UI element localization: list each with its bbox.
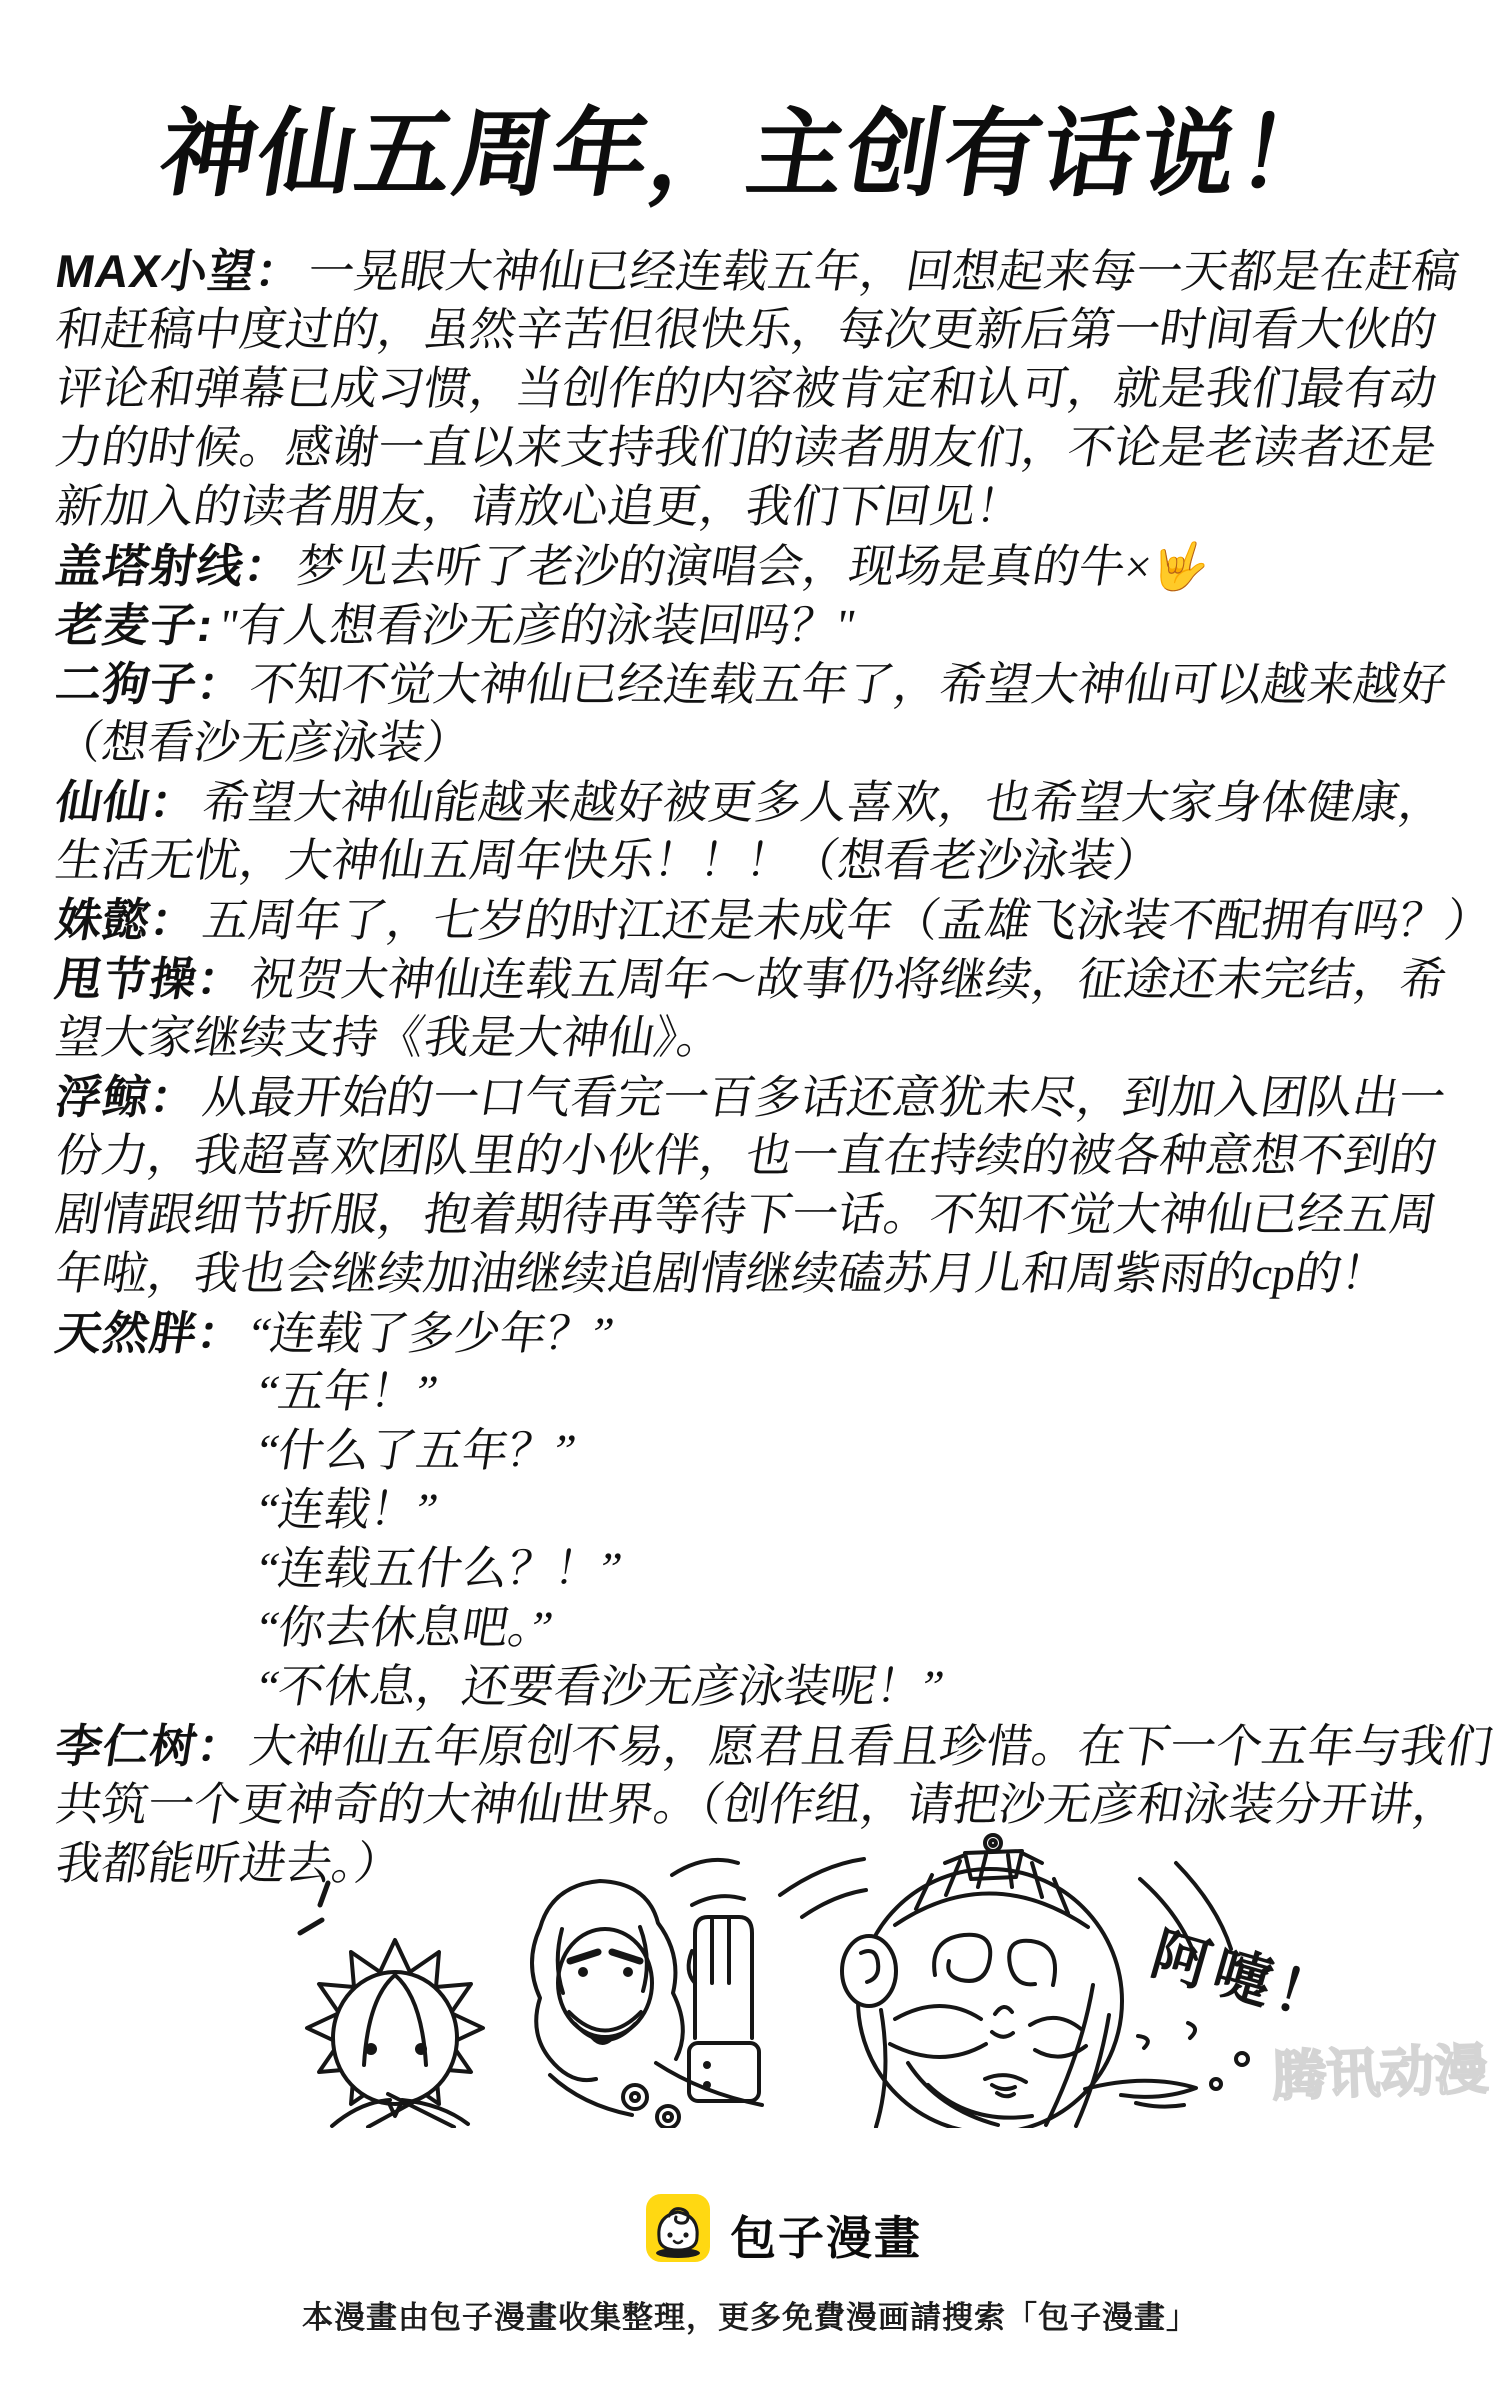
- message-text: 望大家继续支持《我是大神仙》。: [52, 1012, 727, 1063]
- message-text: “你去休息吧。”: [254, 1602, 556, 1653]
- baozi-logo-icon: [645, 2190, 711, 2264]
- message-text: 新加入的读者朋友，请放心追更，我们下回见！: [52, 481, 1026, 532]
- message-line: 望大家继续支持《我是大神仙》。: [52, 1012, 727, 1064]
- tencent-comics-watermark: 腾讯动漫: [1271, 2026, 1500, 2111]
- message-text: 祝贺大神仙连载五周年～故事仍将继续，征途还未完结，希: [246, 954, 1450, 1005]
- message-text: 共筑一个更神奇的大神仙世界。（创作组，请把沙无彦和泳装分开讲，: [52, 1779, 1463, 1830]
- message-text: "有人想看沙无彦的泳装回吗？": [215, 600, 859, 651]
- message-text: “连载！”: [254, 1484, 441, 1535]
- message-line: （想看沙无彦泳装）: [52, 717, 474, 769]
- page-title: 神仙五周年，主创有话说！: [0, 78, 1500, 215]
- message-text: “连载五什么？！”: [254, 1543, 625, 1594]
- message-line: 天然胖：“连载了多少年？”: [52, 1307, 617, 1360]
- message-text: 一晃眼大神仙已经连载五年，回想起来每一天都是在赶稿: [304, 246, 1462, 297]
- message-line: 姝懿：五周年了，七岁的时江还是未成年（孟雄飞泳装不配拥有吗？）: [52, 894, 1495, 947]
- message-text: 梦见去听了老沙的演唱会，现场是真的牛×🤟: [293, 541, 1212, 592]
- message-line: 二狗子：不知不觉大神仙已经连载五年了，希望大神仙可以越来越好: [52, 658, 1450, 711]
- author-name: 浮鲸：: [52, 1071, 201, 1123]
- message-text: 年啦，我也会继续加油继续追剧情继续磕苏月儿和周紫雨的cp的！: [52, 1248, 1391, 1299]
- message-text: 和赶稿中度过的，虽然辛苦但很快乐，每次更新后第一时间看大伙的: [52, 304, 1440, 355]
- message-text: 五周年了，七岁的时江还是未成年（孟雄飞泳装不配拥有吗？）: [199, 895, 1495, 946]
- message-line: 年啦，我也会继续加油继续追剧情继续磕苏月儿和周紫雨的cp的！: [52, 1248, 1392, 1300]
- author-name: 李仁树：: [52, 1720, 248, 1772]
- message-text: 大神仙五年原创不易，愿君且看且珍惜。在下一个五年与我们: [246, 1721, 1496, 1772]
- message-line: 仙仙：希望大神仙能越来越好被更多人喜欢，也希望大家身体健康，: [52, 776, 1449, 829]
- message-line: 浮鲸：从最开始的一口气看完一百多话还意犹未尽，到加入团队出一: [52, 1071, 1449, 1124]
- message-line: 共筑一个更神奇的大神仙世界。（创作组，请把沙无彦和泳装分开讲，: [52, 1779, 1463, 1831]
- dialogue-line: “五年！”: [254, 1366, 441, 1418]
- message-text: 生活无忧，大神仙五周年快乐！！！（想看老沙泳装）: [52, 835, 1164, 886]
- author-name: 盖塔射线：: [52, 540, 295, 592]
- message-text: 份力，我超喜欢团队里的小伙伴，也一直在持续的被各种意想不到的: [52, 1130, 1440, 1181]
- message-line: 新加入的读者朋友，请放心追更，我们下回见！: [52, 481, 1026, 533]
- message-text: 评论和弹幕已成习惯，当创作的内容被肯定和认可，就是我们最有动: [52, 363, 1440, 414]
- brand-name: 包子漫畫: [730, 2202, 922, 2268]
- message-text: 从最开始的一口气看完一百多话还意犹未尽，到加入团队出一: [199, 1072, 1449, 1123]
- message-line: 甩节操：祝贺大神仙连载五周年～故事仍将继续，征途还未完结，希: [52, 953, 1450, 1006]
- dialogue-line: “连载！”: [254, 1484, 441, 1536]
- author-name: 天然胖：: [52, 1307, 248, 1359]
- author-name: 姝懿：: [52, 894, 201, 946]
- dialogue-line: “你去休息吧。”: [254, 1602, 556, 1654]
- message-line: MAX小望：一晃眼大神仙已经连载五年，回想起来每一天都是在赶稿: [52, 245, 1463, 298]
- message-text: 不知不觉大神仙已经连载五年了，希望大神仙可以越来越好: [246, 659, 1450, 710]
- message-text: “不休息，还要看沙无彦泳装呢！”: [254, 1661, 947, 1712]
- dialogue-line: “什么了五年？”: [254, 1425, 579, 1477]
- message-line: 生活无忧，大神仙五周年快乐！！！（想看老沙泳装）: [52, 835, 1164, 887]
- footer-note: 本漫畫由包子漫畫收集整理，更多免費漫画請搜索「包子漫畫」: [0, 2292, 1500, 2337]
- message-line: 评论和弹幕已成习惯，当创作的内容被肯定和认可，就是我们最有动: [52, 363, 1440, 415]
- message-text: （想看沙无彦泳装）: [52, 717, 474, 768]
- author-name: 甩节操：: [52, 953, 248, 1005]
- message-text: “什么了五年？”: [254, 1425, 579, 1476]
- brand-bar: 包子漫畫: [0, 2188, 1500, 2268]
- anniversary-page: 神仙五周年，主创有话说！ MAX小望：一晃眼大神仙已经连载五年，回想起来每一天都…: [0, 0, 1500, 2404]
- message-line: 剧情跟细节折服，抱着期待再等待下一话。不知不觉大神仙已经五周: [52, 1189, 1440, 1241]
- message-line: 和赶稿中度过的，虽然辛苦但很快乐，每次更新后第一时间看大伙的: [52, 304, 1440, 356]
- author-name: 老麦子:: [52, 599, 218, 651]
- message-line: 李仁树：大神仙五年原创不易，愿君且看且珍惜。在下一个五年与我们: [52, 1720, 1496, 1773]
- message-line: 力的时候。感谢一直以来支持我们的读者朋友们，不论是老读者还是: [52, 422, 1440, 474]
- message-text: 力的时候。感谢一直以来支持我们的读者朋友们，不论是老读者还是: [52, 422, 1440, 473]
- message-line: 盖塔射线：梦见去听了老沙的演唱会，现场是真的牛×🤟: [52, 540, 1213, 593]
- message-line: 份力，我超喜欢团队里的小伙伴，也一直在持续的被各种意想不到的: [52, 1130, 1440, 1182]
- author-name: 仙仙：: [52, 776, 201, 828]
- message-text: 希望大神仙能越来越好被更多人喜欢，也希望大家身体健康，: [199, 777, 1449, 828]
- author-name: 二狗子：: [52, 658, 248, 710]
- message-text: “连载了多少年？”: [246, 1308, 617, 1359]
- message-line: 老麦子:"有人想看沙无彦的泳装回吗？": [52, 599, 859, 652]
- dialogue-line: “连载五什么？！”: [254, 1543, 625, 1595]
- message-text: “五年！”: [254, 1366, 441, 1417]
- author-name: MAX小望：: [52, 245, 306, 297]
- dialogue-line: “不休息，还要看沙无彦泳装呢！”: [254, 1661, 947, 1713]
- message-text: 剧情跟细节折服，抱着期待再等待下一话。不知不觉大神仙已经五周: [52, 1189, 1440, 1240]
